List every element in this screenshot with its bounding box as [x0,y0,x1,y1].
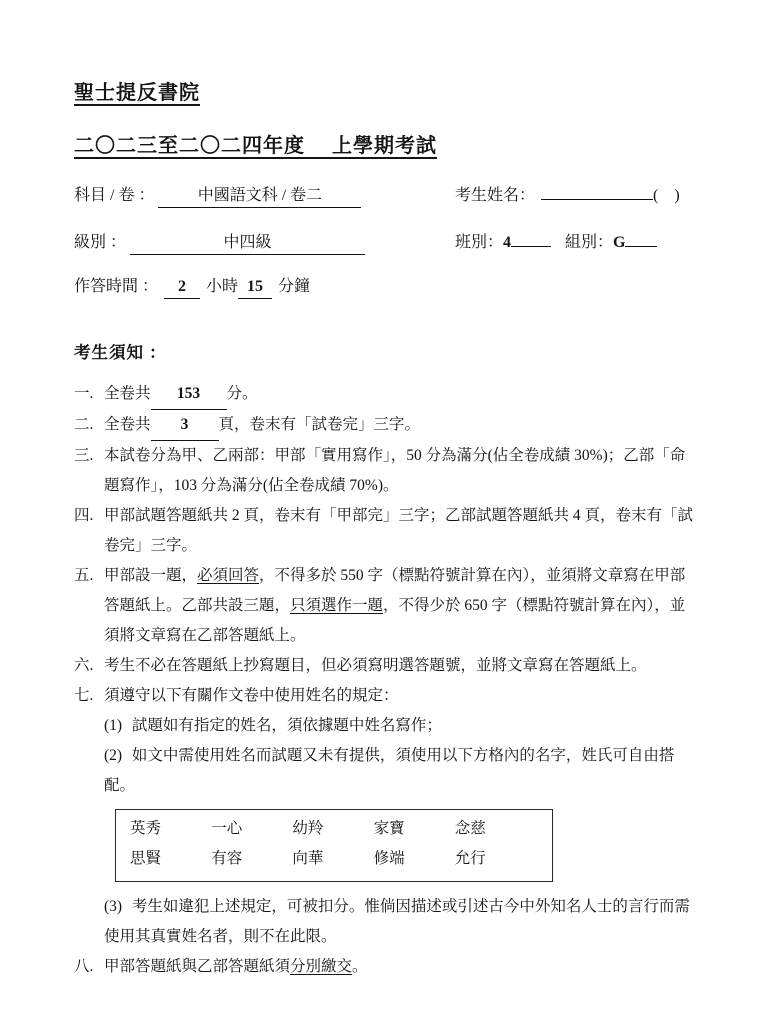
notice-subitem-1: (1) 試題如有指定的姓名，須依據題中姓名寫作； [104,711,700,741]
notice-item-text: 甲部試題答題紙共 2 頁，卷末有「甲部完」三字；乙部試題答題紙共 4 頁，卷末有… [104,501,700,561]
name-box-cell: 向華 [292,844,373,874]
candidate-name-label: 考生姓名： [455,185,535,207]
notice-item-number: 三. [74,441,104,501]
text-segment: 甲部答題紙與乙部答題紙須 [104,958,290,975]
name-box-cell: 家寶 [374,814,455,844]
notice-subitem-2: (2) 如文中需使用姓名而試題又未有提供，須使用以下方格內的名字，姓氏可自由搭配… [104,741,700,801]
subitem-text: 如文中需使用姓名而試題又未有提供，須使用以下方格內的名字，姓氏可自由搭配。 [104,747,674,794]
class-label: 班別： [455,232,503,254]
notice-item-text: 甲部答題紙與乙部答題紙須分別繳交。 [104,952,700,982]
notice-item-number: 二. [74,410,104,441]
time-label: 作答時間 ： [74,276,158,298]
subject-value: 中國語文科 / 卷二 [158,185,361,208]
notice-item-1: 一. 全卷共153分。 [74,379,700,410]
name-box-cell: 有容 [211,844,292,874]
notice-item-text: 全卷共153分。 [104,379,700,410]
time-hours-unit: 小時 [206,276,238,298]
name-box-cell: 一心 [211,814,292,844]
text-segment: 全卷共 [104,385,151,402]
subitem-number: (2) [104,741,128,771]
class-group-field: 班別：4 組別：G [455,229,700,254]
time-minutes-value: 15 [238,276,272,299]
name-box-cell: 修端 [374,844,455,874]
group-label: 組別： [565,232,613,254]
notice-heading: 考生須知 ： [74,339,700,363]
level-label: 級別 ： [74,234,126,251]
subject-field: 科目 / 卷 ： 中國語文科 / 卷二 [74,185,455,208]
notice-item-4: 四. 甲部試題答題紙共 2 頁，卷末有「甲部完」三字；乙部試題答題紙共 4 頁，… [74,501,700,561]
class-blank [511,229,551,247]
subitem-text: 試題如有指定的姓名，須依據題中姓名寫作； [132,717,442,734]
notice-item-number: 五. [74,561,104,651]
notice-subitem-3: (3) 考生如違犯上述規定，可被扣分。惟倘因描述或引述古今中外知名人士的言行而需… [104,892,700,952]
notice-item-number: 七. [74,681,104,711]
notice-item-text: 本試卷分為甲、乙兩部：甲部「實用寫作」，50 分為滿分(佔全卷成績 30%)；乙… [104,441,700,501]
notice-item-5: 五. 甲部設一題，必須回答，不得多於 550 字（標點符號計算在內），並須將文章… [74,561,700,651]
notice-item-2: 二. 全卷共3頁，卷末有「試卷完」三字。 [74,410,700,441]
notice-item-text: 甲部設一題，必須回答，不得多於 550 字（標點符號計算在內），並須將文章寫在甲… [104,561,700,651]
subitem-text: 考生如違犯上述規定，可被扣分。惟倘因描述或引述古今中外知名人士的言行而需使用其真… [104,898,690,945]
text-segment: 全卷共 [104,416,151,433]
group-value: G [613,232,625,254]
name-box-cell: 思賢 [130,844,211,874]
notice-item-3: 三. 本試卷分為甲、乙兩部：甲部「實用寫作」，50 分為滿分(佔全卷成績 30%… [74,441,700,501]
candidate-name-blank [541,182,653,200]
underlined-phrase: 必須回答 [197,567,259,584]
group-blank [625,229,657,247]
notice-list: 一. 全卷共153分。 二. 全卷共3頁，卷末有「試卷完」三字。 三. 本試卷分… [74,379,700,982]
subject-row: 科目 / 卷 ： 中國語文科 / 卷二 考生姓名： ( ) [74,182,700,208]
notice-item-text: 須遵守以下有關作文卷中使用姓名的規定： [104,681,700,711]
exam-title: 二〇二三至二〇二四年度 上學期考試 [74,129,700,158]
subitem-number: (3) [104,892,128,922]
level-value: 中四級 [130,232,365,255]
total-marks-blank: 153 [151,379,227,410]
notice-item-number: 六. [74,651,104,681]
level-field: 級別 ： 中四級 [74,232,455,255]
subitem-number: (1) [104,711,128,741]
level-row: 級別 ： 中四級 班別：4 組別：G [74,229,700,255]
name-box-cell: 英秀 [130,814,211,844]
notice-item-number: 四. [74,501,104,561]
total-pages-blank: 3 [151,410,219,441]
name-box-cell: 念慈 [455,814,536,844]
notice-item-number: 八. [74,952,104,982]
notice-item-6: 六. 考生不必在答題紙上抄寫題目，但必須寫明選答題號，並將文章寫在答題紙上。 [74,651,700,681]
candidate-name-field: 考生姓名： ( ) [455,182,700,207]
notice-item-7: 七. 須遵守以下有關作文卷中使用姓名的規定： [74,681,700,711]
notice-item-text: 全卷共3頁，卷末有「試卷完」三字。 [104,410,700,441]
time-hours-value: 2 [164,276,200,299]
class-value: 4 [503,232,511,254]
name-box-cell: 允行 [455,844,536,874]
time-row: 作答時間 ： 2 小時 15 分鐘 [74,276,700,299]
exam-cover-page: 聖士提反書院 二〇二三至二〇二四年度 上學期考試 科目 / 卷 ： 中國語文科 … [0,0,768,1024]
time-minutes-unit: 分鐘 [278,276,310,298]
name-box: 英秀 一心 幼羚 家寶 念慈 思賢 有容 向華 修端 允行 [115,809,553,882]
underlined-phrase: 分別繳交 [290,958,352,975]
notice-item-8: 八. 甲部答題紙與乙部答題紙須分別繳交。 [74,952,700,982]
underlined-phrase: 只須選作一題 [290,597,383,614]
candidate-number-paren: ( ) [653,185,680,207]
notice-item-text: 考生不必在答題紙上抄寫題目，但必須寫明選答題號，並將文章寫在答題紙上。 [104,651,700,681]
name-box-cell: 幼羚 [292,814,373,844]
notice-item-number: 一. [74,379,104,410]
subject-label: 科目 / 卷 ： [74,187,154,204]
text-segment: 。 [352,958,368,975]
text-segment: 頁，卷末有「試卷完」三字。 [219,416,421,433]
text-segment: 甲部設一題， [104,567,197,584]
school-title: 聖士提反書院 [74,76,700,105]
text-segment: 分。 [227,385,258,402]
